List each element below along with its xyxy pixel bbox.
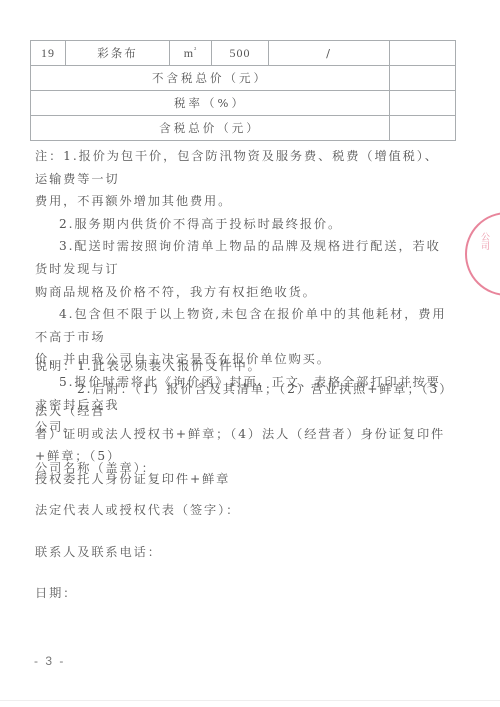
quote-table: 19 彩条布 m² 500 / 不含税总价（元） 税率（%） 含税总价（元） bbox=[30, 40, 456, 141]
table-row-taxed-total: 含税总价（元） bbox=[31, 116, 456, 141]
document-page: 19 彩条布 m² 500 / 不含税总价（元） 税率（%） 含税总价（元） 注… bbox=[0, 0, 500, 707]
tax-rate-value bbox=[390, 91, 456, 116]
item-quantity: 500 bbox=[212, 41, 269, 66]
note-3-line-2: 购商品规格及价格不符，我方有权拒绝收货。 bbox=[35, 281, 449, 304]
taxed-total-label: 含税总价（元） bbox=[31, 116, 390, 141]
item-spec: / bbox=[269, 41, 390, 66]
note-3-line-1: 3.配送时需按照询价清单上物品的品牌及规格进行配送，若收货时发现与订 bbox=[35, 235, 449, 280]
note-4-line-1: 4.包含但不限于以上物资,未包含在报价单中的其他耗材，费用不高于市场 bbox=[35, 303, 449, 348]
note-1-line-1: 注：1.报价为包干价，包含防汛物资及服务费、税费（增值税）、运输费等一切 bbox=[35, 145, 449, 190]
table-row-tax-rate: 税率（%） bbox=[31, 91, 456, 116]
item-unit: m² bbox=[170, 41, 212, 66]
desc-line-2: 2.后附：（1）报价含及其清单；（2）营业执照+鲜章；（3）法人（经营 bbox=[35, 378, 449, 423]
table-row-pretax-total: 不含税总价（元） bbox=[31, 66, 456, 91]
item-name: 彩条布 bbox=[66, 41, 170, 66]
item-price-cell bbox=[390, 41, 456, 66]
bottom-divider bbox=[0, 700, 500, 701]
representative-signature-label: 法定代表人或授权代表（签字）： bbox=[35, 501, 240, 518]
red-seal-stamp bbox=[465, 212, 500, 296]
seal-text: 公司 bbox=[478, 232, 490, 250]
unit-base: m bbox=[184, 46, 194, 60]
note-2: 2.服务期内供货价不得高于投标时最终报价。 bbox=[35, 213, 449, 236]
table-row-item-19: 19 彩条布 m² 500 / bbox=[31, 41, 456, 66]
date-label: 日期： bbox=[35, 584, 77, 601]
note-1-line-2: 费用，不再额外增加其他费用。 bbox=[35, 190, 449, 213]
company-name-field-label: 公司名称（盖章）： bbox=[35, 459, 156, 476]
pretax-total-value bbox=[390, 66, 456, 91]
contact-phone-label: 联系人及联系电话： bbox=[35, 543, 162, 560]
pretax-total-label: 不含税总价（元） bbox=[31, 66, 390, 91]
taxed-total-value bbox=[390, 116, 456, 141]
item-index: 19 bbox=[31, 41, 66, 66]
page-number: - 3 - bbox=[34, 654, 65, 668]
desc-line-1: 说明：1.此表必须装入报价文件中。 bbox=[35, 355, 449, 378]
tax-rate-label: 税率（%） bbox=[31, 91, 390, 116]
unit-sup: ² bbox=[194, 46, 197, 54]
